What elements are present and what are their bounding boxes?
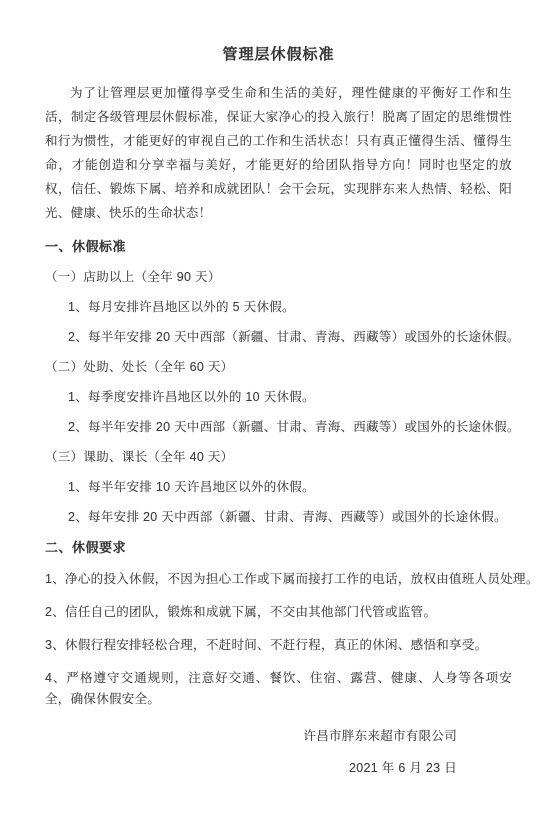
section-2-heading: 二、休假要求: [45, 539, 512, 557]
page-title: 管理层休假标准: [45, 45, 512, 65]
document-page: 管理层休假标准 为了让管理层更加懂得享受生命和生活的美好，理性健康的平衡好工作和…: [0, 0, 557, 824]
requirement-item-4: 4、严格遵守交通规则，注意好交通、餐饮、住宿、露营、健康、人身等各项安全，确保休…: [45, 668, 512, 710]
group-2-item-1: 1、每季度安排许昌地区以外的 10 天休假。: [45, 388, 512, 406]
group-1-label: （一）店助以上（全年 90 天）: [45, 268, 512, 286]
intro-paragraph: 为了让管理层更加懂得享受生命和生活的美好，理性健康的平衡好工作和生活，制定各级管…: [45, 81, 512, 225]
group-2-item-2: 2、每半年安排 20 天中西部（新疆、甘肃、青海、西藏等）或国外的长途休假。: [45, 418, 512, 436]
signature-block: 许昌市胖东来超市有限公司 2021 年 6 月 23 日: [45, 727, 512, 777]
group-3-item-2: 2、每年安排 20 天中西部（新疆、甘肃、青海、西藏等）或国外的长途休假。: [45, 508, 512, 526]
signature-date: 2021 年 6 月 23 日: [45, 759, 457, 777]
group-2-label: （二）处助、处长（全年 60 天）: [45, 358, 512, 376]
signature-company: 许昌市胖东来超市有限公司: [45, 727, 457, 745]
group-3-label: （三）课助、课长（全年 40 天）: [45, 448, 512, 466]
group-1-item-1: 1、每月安排许昌地区以外的 5 天休假。: [45, 298, 512, 316]
requirement-item-3: 3、休假行程安排轻松合理，不赶时间、不赶行程，真正的休闲、感悟和享受。: [45, 635, 512, 656]
section-1-heading: 一、休假标准: [45, 238, 512, 256]
group-1-item-2: 2、每半年安排 20 天中西部（新疆、甘肃、青海、西藏等）或国外的长途休假。: [45, 328, 512, 346]
requirement-item-1: 1、净心的投入休假，不因为担心工作或下属而接打工作的电话，放权由值班人员处理。: [45, 569, 512, 590]
requirement-item-2: 2、信任自己的团队，锻炼和成就下属，不交由其他部门代管或监管。: [45, 602, 512, 623]
group-3-item-1: 1、每半年安排 10 天许昌地区以外的休假。: [45, 478, 512, 496]
